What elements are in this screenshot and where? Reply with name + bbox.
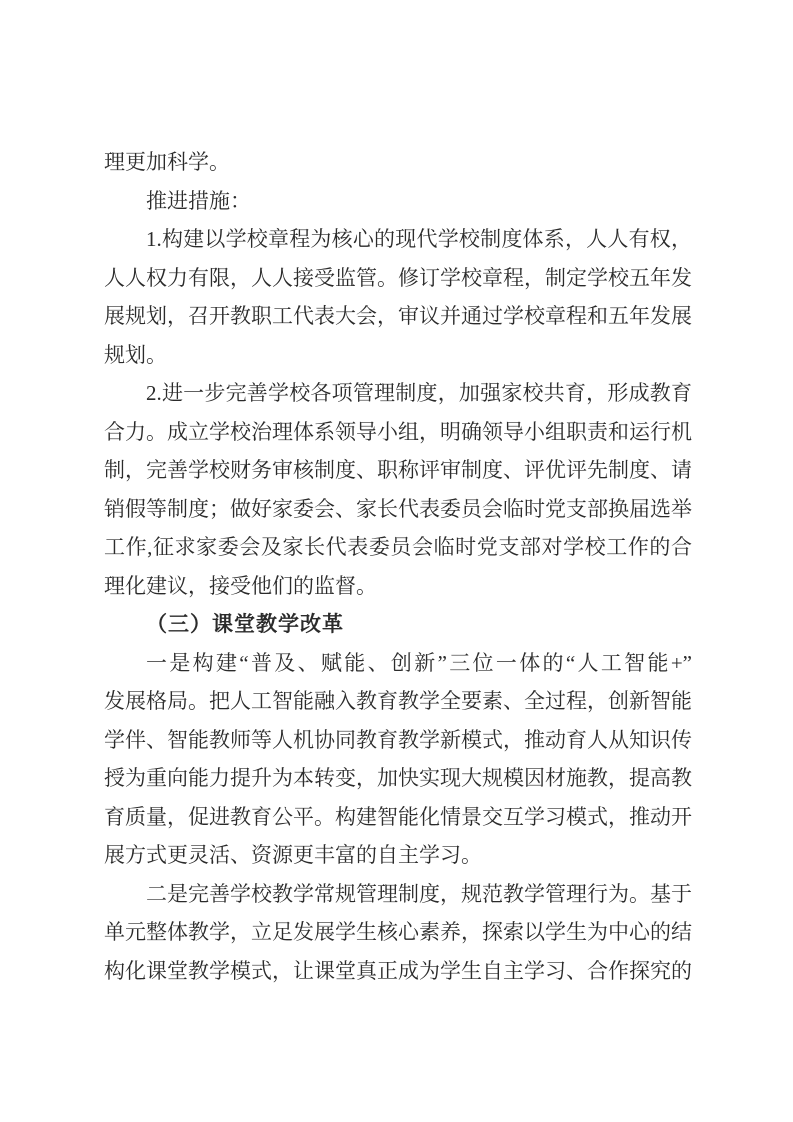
text-line: 1.构建以学校章程为核心的现代学校制度体系，人人有权， [104,220,692,259]
text-line: 展规划，召开教职工代表大会，审议并通过学校章程和五年发展 [104,297,692,336]
text-line: 育质量，促进教育公平。构建智能化情景交互学习模式，推动开 [104,798,692,837]
paragraph-item-2: 2.进一步完善学校各项管理制度，加强家校共育，形成教育 合力。成立学校治理体系领… [104,374,692,605]
paragraph-item-1: 1.构建以学校章程为核心的现代学校制度体系，人人有权， 人人权力有限，人人接受监… [104,220,692,374]
text-line: 人人权力有限，人人接受监管。修订学校章程，制定学校五年发 [104,259,692,298]
text-line: 二是完善学校教学常规管理制度，规范教学管理行为。基于 [104,875,692,914]
text-line: 销假等制度；做好家委会、家长代表委员会临时党支部换届选举 [104,490,692,529]
text-line: 推进措施： [104,182,692,221]
text-line: 单元整体教学，立足发展学生核心素养，探索以学生为中心的结 [104,913,692,952]
text-line: 工作,征求家委会及家长代表委员会临时党支部对学校工作的合 [104,528,692,567]
section-heading: （三）课堂教学改革 [104,605,692,644]
paragraph-continuation: 理更加科学。 [104,143,692,182]
paragraph-section-heading: （三）课堂教学改革 [104,605,692,644]
text-line: 构化课堂教学模式，让课堂真正成为学生自主学习、合作探究的 [104,952,692,991]
text-line: 理更加科学。 [104,143,692,182]
text-line: 制，完善学校财务审核制度、职称评审制度、评优评先制度、请 [104,451,692,490]
text-line: 规划。 [104,336,692,375]
text-line: 学伴、智能教师等人机协同教育教学新模式，推动育人从知识传 [104,721,692,760]
paragraph-first-point: 一是构建“普及、赋能、创新”三位一体的“人工智能+” 发展格局。把人工智能融入教… [104,644,692,875]
text-line: 发展格局。把人工智能融入教育教学全要素、全过程，创新智能 [104,682,692,721]
paragraph-measures-label: 推进措施： [104,182,692,221]
text-line: 一是构建“普及、赋能、创新”三位一体的“人工智能+” [104,644,692,683]
text-line: 展方式更灵活、资源更丰富的自主学习。 [104,836,692,875]
paragraph-second-point: 二是完善学校教学常规管理制度，规范教学管理行为。基于 单元整体教学，立足发展学生… [104,875,692,991]
text-line: 授为重向能力提升为本转变，加快实现大规模因材施教，提高教 [104,759,692,798]
text-line: 合力。成立学校治理体系领导小组，明确领导小组职责和运行机 [104,413,692,452]
document-body: 理更加科学。 推进措施： 1.构建以学校章程为核心的现代学校制度体系，人人有权，… [104,143,692,990]
document-page: 理更加科学。 推进措施： 1.构建以学校章程为核心的现代学校制度体系，人人有权，… [0,0,793,1122]
text-line: 理化建议，接受他们的监督。 [104,567,692,606]
text-line: 2.进一步完善学校各项管理制度，加强家校共育，形成教育 [104,374,692,413]
